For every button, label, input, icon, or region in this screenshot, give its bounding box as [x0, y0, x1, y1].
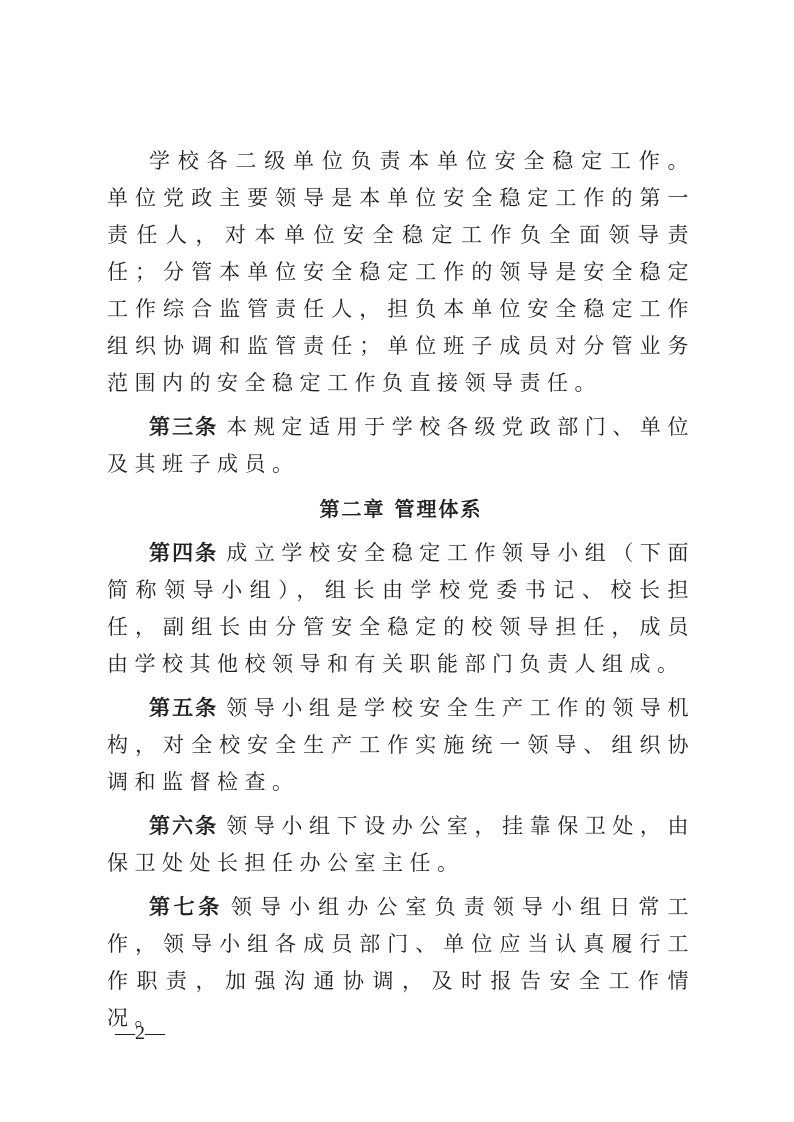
paragraph-unit-responsibility: 学校各二级单位负责本单位安全稳定工作。单位党政主要领导是本单位安全稳定工作的第一…	[107, 143, 695, 402]
article-3: 第三条本规定适用于学校各级党政部门、单位及其班子成员。	[107, 408, 695, 483]
article-label: 第七条	[149, 894, 223, 919]
article-label: 第四条	[149, 540, 218, 565]
article-label: 第三条	[149, 414, 218, 439]
document-body: 学校各二级单位负责本单位安全稳定工作。单位党政主要领导是本单位安全稳定工作的第一…	[107, 143, 695, 1037]
article-4: 第四条成立学校安全稳定工作领导小组（下面简称领导小组），组长由学校党委书记、校长…	[107, 534, 695, 683]
page-number: —2—	[115, 1022, 165, 1045]
paragraph-text: 学校各二级单位负责本单位安全稳定工作。单位党政主要领导是本单位安全稳定工作的第一…	[107, 149, 695, 395]
article-6: 第六条领导小组下设办公室，挂靠保卫处，由保卫处处长担任办公室主任。	[107, 807, 695, 882]
article-label: 第五条	[149, 695, 218, 720]
article-7: 第七条领导小组办公室负责领导小组日常工作，领导小组各成员部门、单位应当认真履行工…	[107, 888, 695, 1037]
article-label: 第六条	[149, 813, 218, 838]
article-5: 第五条领导小组是学校安全生产工作的领导机构，对全校安全生产工作实施统一领导、组织…	[107, 689, 695, 801]
chapter-title: 第二章 管理体系	[107, 491, 695, 528]
